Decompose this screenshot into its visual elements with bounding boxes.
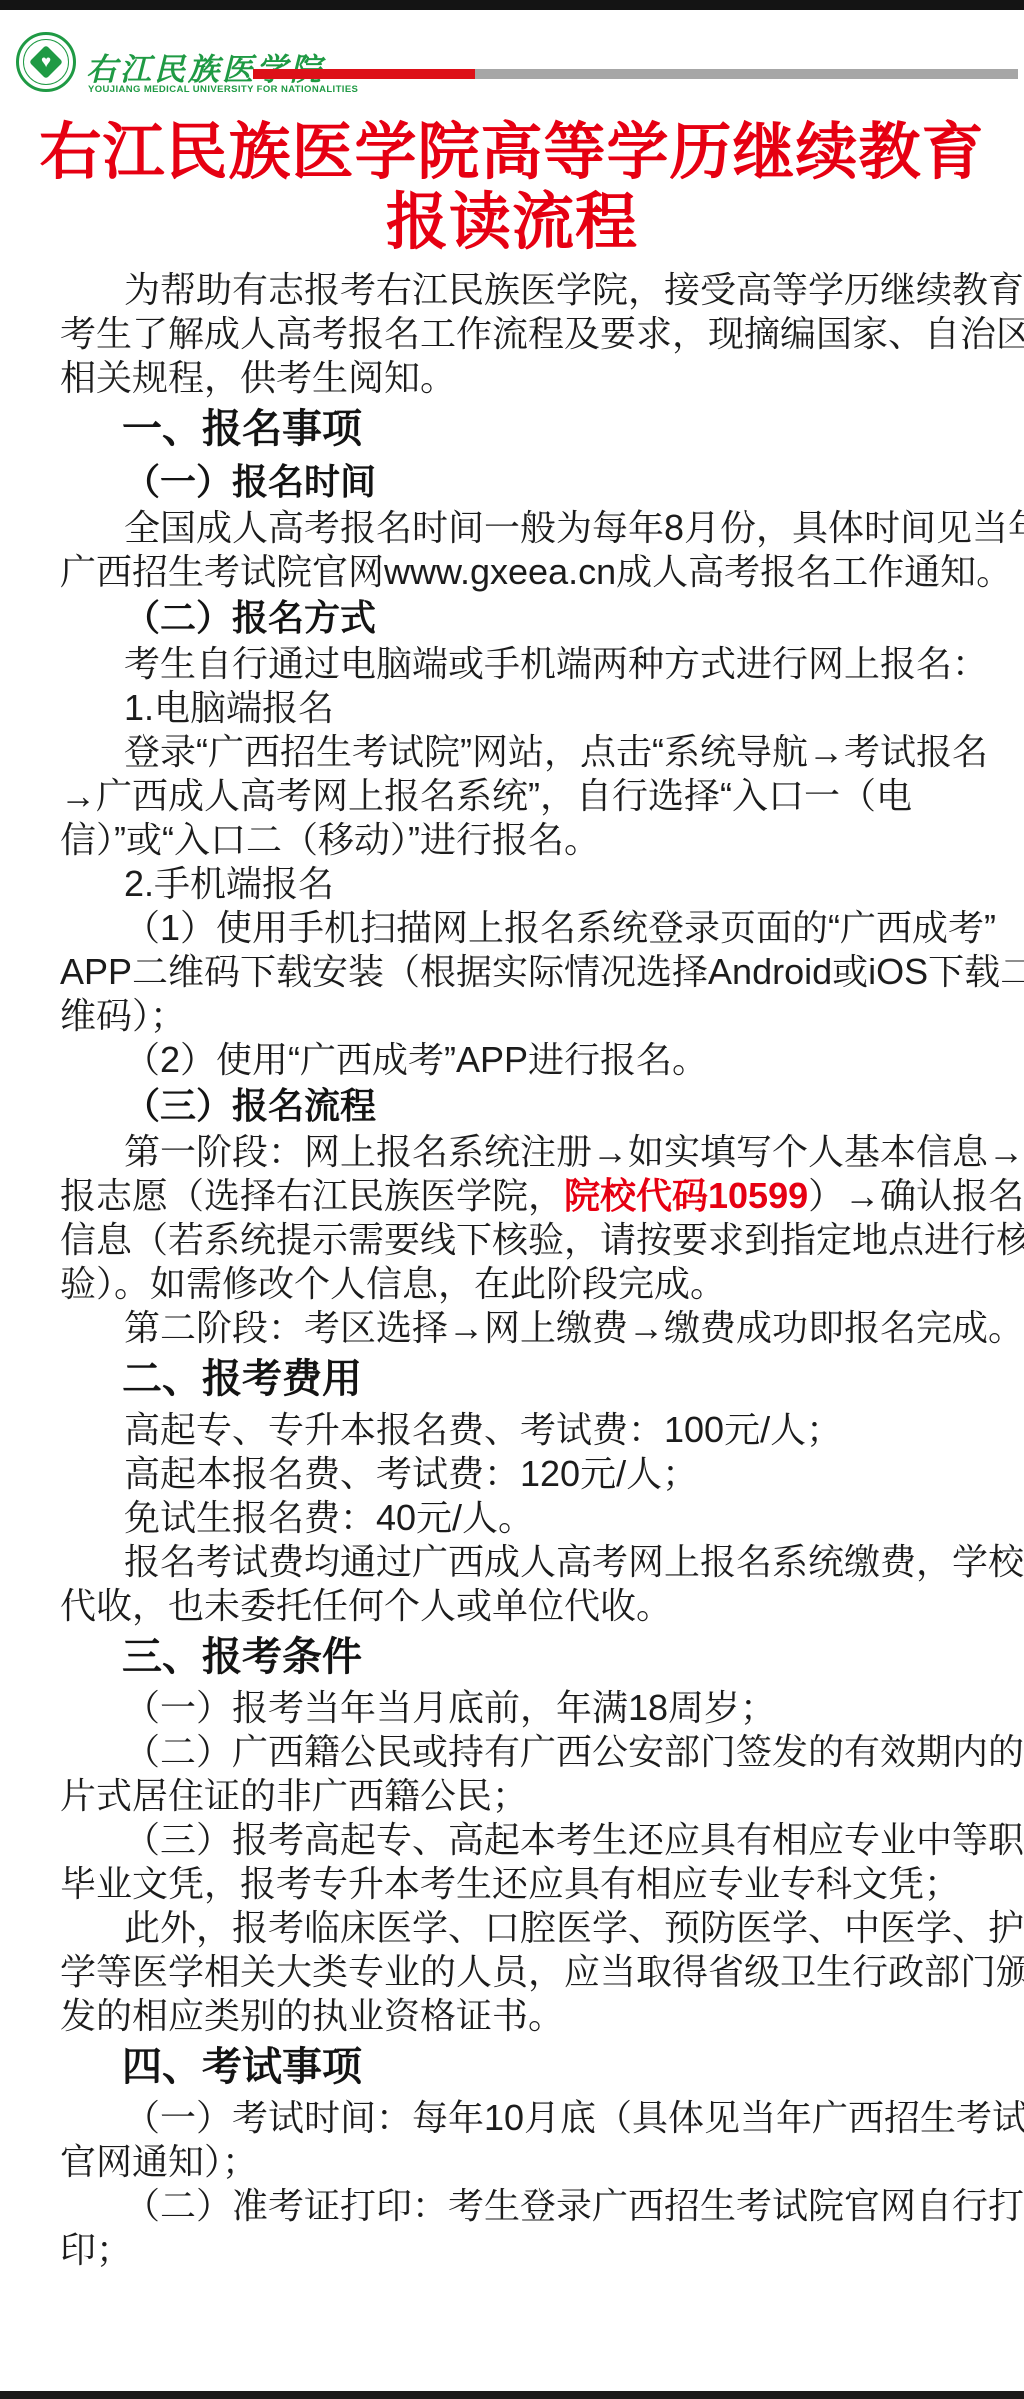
text-line: 代收，也未委托任何个人或单位代收。 <box>60 1584 966 1628</box>
text-line: 印； <box>60 2228 966 2272</box>
text-line: 第一阶段：网上报名系统注册→如实填写个人基本信息→填 <box>60 1130 966 1174</box>
university-seal: ♥ <box>16 32 76 92</box>
text-line: 维码）； <box>60 994 966 1038</box>
text-line: 考生自行通过电脑端或手机端两种方式进行网上报名： <box>60 642 966 686</box>
text-line: 此外，报考临床医学、口腔医学、预防医学、中医学、护理 <box>60 1906 966 1950</box>
text-line: →广西成人高考网上报名系统”，自行选择“入口一（电 <box>60 774 966 818</box>
text-line: （2）使用“广西成考”APP进行报名。 <box>60 1038 966 1082</box>
text-segment: ）→确认报名 <box>808 1175 1024 1216</box>
text-line: 高起专、专升本报名费、考试费：100元/人； <box>60 1408 966 1452</box>
text-line: 毕业文凭，报考专升本考生还应具有相应专业专科文凭； <box>60 1862 966 1906</box>
section-heading: 二、报考费用 <box>60 1350 966 1408</box>
page-title-line1: 右江民族医学院高等学历继续教育 <box>0 118 1024 188</box>
text-line: （三）报考高起专、高起本考生还应具有相应专业中等职业 <box>60 1818 966 1862</box>
text-line: 全国成人高考报名时间一般为每年8月份，具体时间见当年 <box>60 506 966 550</box>
text-line: 报名考试费均通过广西成人高考网上报名系统缴费，学校不 <box>60 1540 966 1584</box>
university-name: 右江民族医学院 <box>86 44 324 89</box>
text-line: 信）”或“入口二（移动）”进行报名。 <box>60 818 966 862</box>
text-line: 第二阶段：考区选择→网上缴费→缴费成功即报名完成。 <box>60 1306 966 1350</box>
text-line: （1）使用手机扫描网上报名系统登录页面的“广西成考” <box>60 906 966 950</box>
sub-heading: （三）报名流程 <box>60 1082 966 1130</box>
header-red-divider <box>253 69 475 79</box>
university-name-en: YOUJIANG MEDICAL UNIVERSITY FOR NATIONAL… <box>88 84 358 95</box>
page-title-line2: 报读流程 <box>0 188 1024 258</box>
text-segment: 报志愿（选择右江民族医学院， <box>60 1175 564 1216</box>
text-line: （一）报考当年当月底前，年满18周岁； <box>60 1686 966 1730</box>
text-line: 高起本报名费、考试费：120元/人； <box>60 1452 966 1496</box>
bottom-border-bar <box>0 2391 1024 2399</box>
article-body: 为帮助有志报考右江民族医学院，接受高等学历继续教育的考生了解成人高考报名工作流程… <box>60 268 966 2272</box>
text-line: 相关规程，供考生阅知。 <box>60 356 966 400</box>
text-line: 1.电脑端报名 <box>60 686 966 730</box>
text-line: 片式居住证的非广西籍公民； <box>60 1774 966 1818</box>
text-line: （二）广西籍公民或持有广西公安部门签发的有效期内的卡 <box>60 1730 966 1774</box>
text-line: APP二维码下载安装（根据实际情况选择Android或iOS下载二 <box>60 950 966 994</box>
text-line: 报志愿（选择右江民族医学院，院校代码10599）→确认报名 <box>60 1174 966 1218</box>
sub-heading: （二）报名方式 <box>60 594 966 642</box>
sub-heading: （一）报名时间 <box>60 458 966 506</box>
heart-icon: ♥ <box>41 53 51 70</box>
text-line: 官网通知）； <box>60 2140 966 2184</box>
text-line: 免试生报名费：40元/人。 <box>60 1496 966 1540</box>
header-gray-divider <box>475 69 1018 79</box>
section-heading: 四、考试事项 <box>60 2038 966 2096</box>
top-border-bar <box>0 0 1024 10</box>
text-line: 发的相应类别的执业资格证书。 <box>60 1994 966 2038</box>
text-line: 考生了解成人高考报名工作流程及要求，现摘编国家、自治区 <box>60 312 966 356</box>
text-line: 验）。如需修改个人信息，在此阶段完成。 <box>60 1262 966 1306</box>
poster-page: ♥ 右江民族医学院 YOUJIANG MEDICAL UNIVERSITY FO… <box>0 0 1024 2399</box>
text-line: 学等医学相关大类专业的人员，应当取得省级卫生行政部门颁 <box>60 1950 966 1994</box>
text-line: 信息（若系统提示需要线下核验，请按要求到指定地点进行核 <box>60 1218 966 1262</box>
section-heading: 一、报名事项 <box>60 400 966 458</box>
text-line: （一）考试时间：每年10月底（具体见当年广西招生考试院 <box>60 2096 966 2140</box>
text-line: 广西招生考试院官网www.gxeea.cn成人高考报名工作通知。 <box>60 550 966 594</box>
section-heading: 三、报考条件 <box>60 1628 966 1686</box>
text-line: （二）准考证打印：考生登录广西招生考试院官网自行打 <box>60 2184 966 2228</box>
text-line: 登录“广西招生考试院”网站，点击“系统导航→考试报名 <box>60 730 966 774</box>
school-code-highlight: 院校代码10599 <box>564 1175 808 1216</box>
page-title: 右江民族医学院高等学历继续教育 报读流程 <box>0 118 1024 258</box>
text-line: 为帮助有志报考右江民族医学院，接受高等学历继续教育的 <box>60 268 966 312</box>
text-line: 2.手机端报名 <box>60 862 966 906</box>
